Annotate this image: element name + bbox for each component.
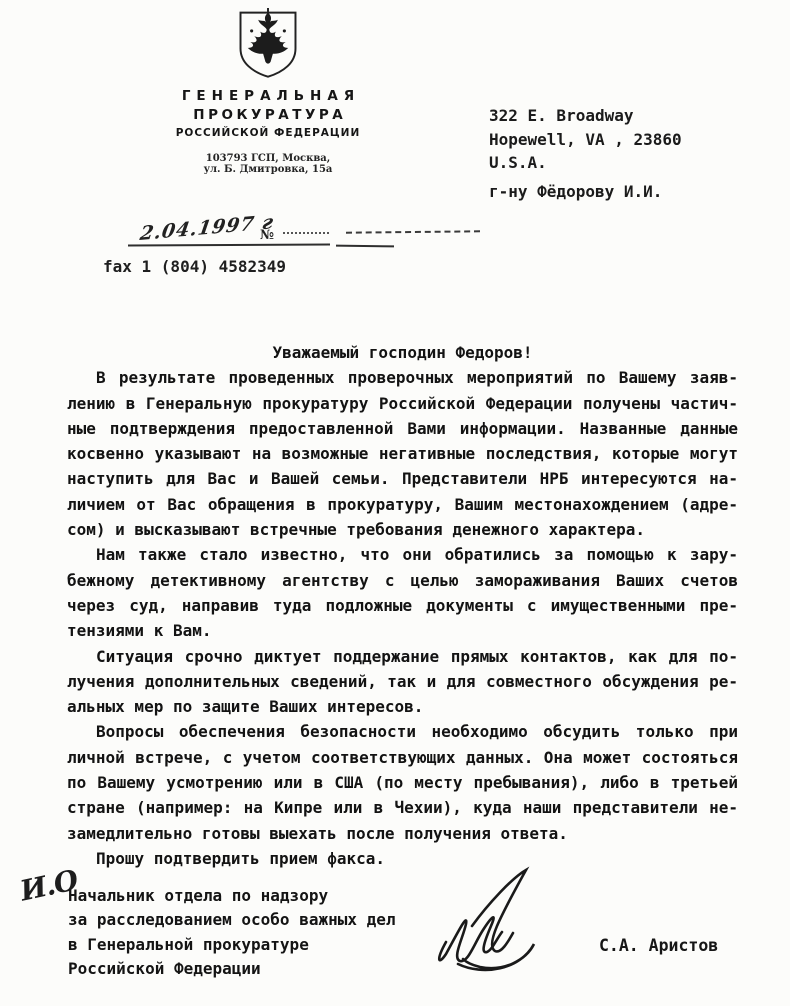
dashed-line — [346, 230, 480, 233]
signer-title-line: Российской Федерации — [68, 957, 396, 981]
body-line: личной встрече, с учетом соответствующих… — [67, 745, 738, 770]
recipient-line: U.S.A. — [489, 151, 682, 175]
body-line: по Вашему усмотрению или в США (по месту… — [67, 770, 738, 795]
date-underline-segment — [336, 245, 394, 248]
body-line: лению в Генеральную прокуратуру Российск… — [67, 391, 738, 416]
body-line: косвенно указывают на возможные негативн… — [67, 441, 738, 466]
recipient-line: Hopewell, VA , 23860 — [489, 128, 682, 152]
body-line: тензиями к Вам. — [67, 618, 738, 643]
org-name-line2: ПРОКУРАТУРА — [168, 107, 368, 123]
signature-icon — [428, 866, 552, 982]
body-line: В результате проведенных проверочных мер… — [67, 365, 738, 390]
signer-title-line: за расследованием особо важных дел — [68, 908, 396, 932]
body-line: альных мер по защите Ваших интересов. — [67, 694, 738, 719]
signer-title-line: Начальник отдела по надзору — [68, 884, 396, 908]
handwritten-date: 2.04.1997 г — [138, 211, 275, 245]
paragraph: Ситуация срочно диктует поддержание прям… — [67, 644, 738, 720]
date-underline — [128, 243, 330, 246]
letter-page: ГЕНЕРАЛЬНАЯ ПРОКУРАТУРА РОССИЙСКОЙ ФЕДЕР… — [0, 0, 790, 1006]
paragraph: Нам также стало известно, что они обрати… — [67, 542, 738, 643]
letter-body: Уважаемый господин Федоров! В результате… — [67, 340, 738, 871]
paragraph: Прошу подтвердить прием факса. — [67, 846, 738, 871]
body-line: наступить для Вас и Вашей семьи. Предста… — [67, 466, 738, 491]
coat-of-arms-icon — [235, 8, 301, 80]
recipient-line: 322 E. Broadway — [489, 104, 682, 128]
org-name-line1: ГЕНЕРАЛЬНАЯ — [168, 88, 368, 104]
body-line: ные подтверждения предоставленной Вами и… — [67, 416, 738, 441]
body-line: личием от Вас обращения в прокуратуру, В… — [67, 492, 738, 517]
signer-name: С.А. Аристов — [599, 936, 718, 955]
org-name-line3: РОССИЙСКОЙ ФЕДЕРАЦИИ — [168, 127, 368, 139]
paragraphs: В результате проведенных проверочных мер… — [67, 365, 738, 871]
salutation: Уважаемый господин Федоров! — [67, 340, 738, 365]
body-line: Вопросы обеспечения безопасности необход… — [67, 719, 738, 744]
signer-title-block: Начальник отдела по надзоруза расследова… — [68, 884, 396, 981]
body-line: через суд, направив туда подложные докум… — [67, 593, 738, 618]
paragraph: В результате проведенных проверочных мер… — [67, 365, 738, 542]
recipient-address-block: 322 E. BroadwayHopewell, VA , 23860U.S.A… — [489, 104, 682, 203]
body-line: замедлительно готовы выехать после получ… — [67, 821, 738, 846]
body-line: Ситуация срочно диктует поддержание прям… — [67, 644, 738, 669]
paragraph: Вопросы обеспечения безопасности необход… — [67, 719, 738, 845]
letterhead-address-line2: ул. Б. Дмитровка, 15а — [168, 164, 368, 175]
body-line: лучения дополнительных сведений, так и д… — [67, 669, 738, 694]
signer-title-line: в Генеральной прокуратуре — [68, 933, 396, 957]
dotted-line — [283, 232, 329, 234]
body-line: стране (например: на Кипре или в Чехии),… — [67, 795, 738, 820]
body-line: Нам также стало известно, что они обрати… — [67, 542, 738, 567]
body-line: бежному детективному агентству с целью з… — [67, 568, 738, 593]
letterhead: ГЕНЕРАЛЬНАЯ ПРОКУРАТУРА РОССИЙСКОЙ ФЕДЕР… — [168, 8, 368, 175]
body-line: сом) и высказывают встречные требования … — [67, 517, 738, 542]
recipient-line: г-ну Фёдорову И.И. — [489, 180, 682, 204]
letterhead-address-line1: 103793 ГСП, Москва, — [168, 153, 368, 164]
fax-number-line: fax 1 (804) 4582349 — [103, 257, 286, 276]
document-number-sign: № — [260, 228, 274, 243]
body-line: Прошу подтвердить прием факса. — [67, 846, 738, 871]
